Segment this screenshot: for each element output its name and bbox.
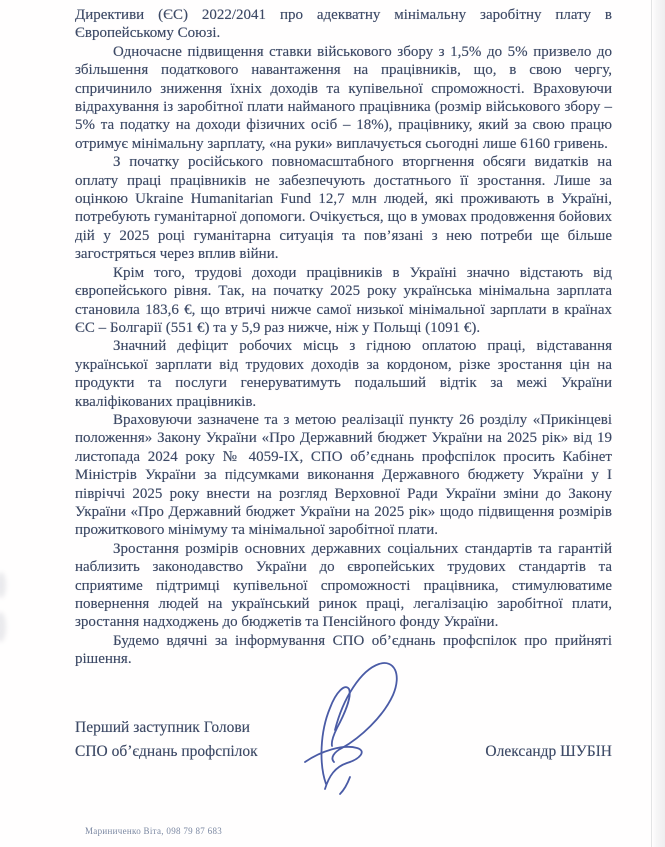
paragraph-military-tax: Одночасне підвищення ставки військового …	[75, 43, 612, 153]
paragraph-continuation: Директиви (ЄС) 2022/2041 про адекватну м…	[75, 6, 612, 43]
letter-body: Директиви (ЄС) 2022/2041 про адекватну м…	[75, 6, 612, 669]
signer-title-line1: Перший заступник Голови	[75, 716, 258, 740]
footer-contact: Мариниченко Віта, 098 79 87 683	[85, 826, 222, 836]
signer-title-line2: СПО об’єднань профспілок	[75, 740, 258, 764]
paragraph-eu-comparison: Крім того, трудові доходи працівників в …	[75, 264, 612, 338]
paragraph-invasion-impact: З початку російського повномасштабного в…	[75, 153, 612, 263]
scan-smudge	[0, 572, 6, 598]
paragraph-labor-deficit: Значний дефіцит робочих місць з гідною о…	[75, 337, 612, 411]
paragraph-standards-growth: Зростання розмірів основних державних со…	[75, 540, 612, 632]
paragraph-budget-request: Враховуючи зазначене та з метою реалізац…	[75, 411, 612, 540]
signer-title: Перший заступник Голови СПО об’єднань пр…	[75, 716, 258, 764]
paragraph-closing: Будемо вдячні за інформування СПО об’єдн…	[75, 632, 612, 669]
signoff-block: Перший заступник Голови СПО об’єднань пр…	[75, 716, 612, 764]
signer-name: Олександр ШУБІН	[485, 740, 612, 764]
document-page: Директиви (ЄС) 2022/2041 про адекватну м…	[0, 0, 665, 847]
scan-smudge	[0, 612, 6, 642]
scan-edge-shadow	[651, 0, 665, 847]
